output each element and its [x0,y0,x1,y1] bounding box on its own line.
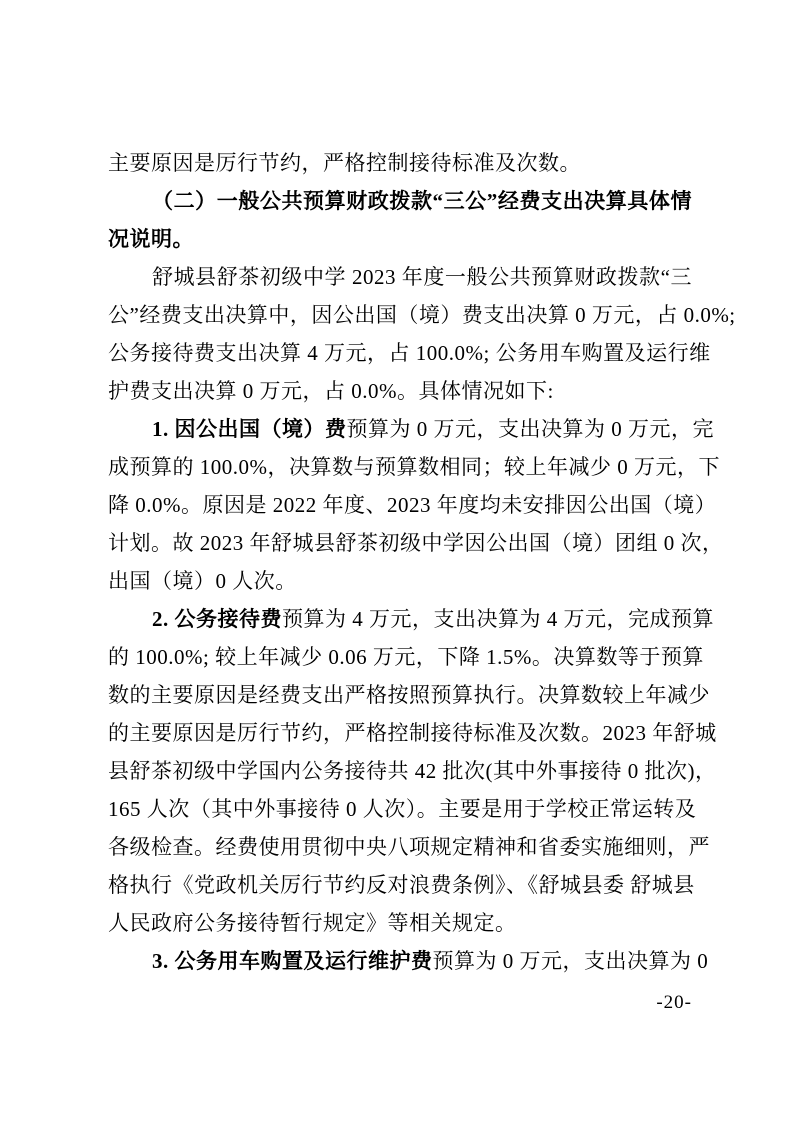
text-segment: 预算为 4 万元，支出决算为 4 万元，完成预算 [282,607,714,631]
text-segment: 出国（境）0 人次。 [108,569,297,593]
bold-text-segment: 3. 公务用车购置及运行维护费 [152,949,433,973]
text-segment: 成预算的 100.0%，决算数与预算数相同；较上年减少 0 万元，下 [108,455,720,479]
text-line: 公务接待费支出决算 4 万元，占 100.0%; 公务用车购置及运行维 [108,334,692,372]
bold-text-segment: 况说明。 [108,227,194,251]
text-line: 计划。故 2023 年舒城县舒茶初级中学因公出国（境）团组 0 次， [108,524,692,562]
text-segment: 预算为 0 万元，支出决算为 0 [433,949,709,973]
text-segment: 主要原因是厉行节约，严格控制接待标准及次数。 [108,151,581,175]
text-line: 护费支出决算 0 万元，占 0.0%。具体情况如下: [108,372,692,410]
text-line: 公”经费支出决算中，因公出国（境）费支出决算 0 万元，占 0.0%; [108,296,692,334]
text-segment: 人民政府公务接待暂行规定》等相关规定。 [108,911,517,935]
text-line: 各级检查。经费使用贯彻中央八项规定精神和省委实施细则，严 [108,828,692,866]
text-segment: 舒城县舒茶初级中学 2023 年度一般公共预算财政拨款“三 [152,265,692,289]
text-line: 况说明。 [108,220,692,258]
text-segment: 降 0.0%。原因是 2022 年度、2023 年度均未安排因公出国（境） [108,493,716,517]
text-line: 成预算的 100.0%，决算数与预算数相同；较上年减少 0 万元，下 [108,448,692,486]
text-line: 舒城县舒茶初级中学 2023 年度一般公共预算财政拨款“三 [108,258,692,296]
text-line: （二）一般公共预算财政拨款“三公”经费支出决算具体情 [108,182,692,220]
text-line: 格执行《党政机关厉行节约反对浪费条例》、《舒城县委 舒城县 [108,866,692,904]
text-segment: 公”经费支出决算中，因公出国（境）费支出决算 0 万元，占 0.0%; [108,303,736,327]
text-segment: 公务接待费支出决算 4 万元，占 100.0%; 公务用车购置及运行维 [108,341,711,365]
text-line: 165 人次（其中外事接待 0 人次）。主要是用于学校正常运转及 [108,790,692,828]
text-line: 出国（境）0 人次。 [108,562,692,600]
text-line: 3. 公务用车购置及运行维护费预算为 0 万元，支出决算为 0 [108,942,692,980]
text-line: 主要原因是厉行节约，严格控制接待标准及次数。 [108,144,692,182]
text-segment: 各级检查。经费使用贯彻中央八项规定精神和省委实施细则，严 [108,835,710,859]
text-segment: 格执行《党政机关厉行节约反对浪费条例》、《舒城县委 舒城县 [108,873,695,897]
text-line: 的主要原因是厉行节约，严格控制接待标准及次数。2023 年舒城 [108,714,692,752]
bold-text-segment: 1. 因公出国（境）费 [152,417,347,441]
text-line: 2. 公务接待费预算为 4 万元，支出决算为 4 万元，完成预算 [108,600,692,638]
text-segment: 计划。故 2023 年舒城县舒茶初级中学因公出国（境）团组 0 次， [108,531,724,555]
text-line: 的 100.0%; 较上年减少 0.06 万元，下降 1.5%。决算数等于预算 [108,638,692,676]
page-number: -20- [656,992,692,1014]
text-line: 县舒茶初级中学国内公务接待共 42 批次(其中外事接待 0 批次)， [108,752,692,790]
bold-text-segment: （二）一般公共预算财政拨款“三公”经费支出决算具体情 [152,189,692,213]
text-line: 1. 因公出国（境）费预算为 0 万元，支出决算为 0 万元，完 [108,410,692,448]
text-segment: 护费支出决算 0 万元，占 0.0%。具体情况如下: [108,379,554,403]
bold-text-segment: 2. 公务接待费 [152,607,282,631]
text-segment: 预算为 0 万元，支出决算为 0 万元，完 [347,417,715,441]
text-segment: 的主要原因是厉行节约，严格控制接待标准及次数。2023 年舒城 [108,721,717,745]
document-body: 主要原因是厉行节约，严格控制接待标准及次数。（二）一般公共预算财政拨款“三公”经… [108,144,692,980]
document-page: 主要原因是厉行节约，严格控制接待标准及次数。（二）一般公共预算财政拨款“三公”经… [0,0,793,1122]
text-line: 数的主要原因是经费支出严格按照预算执行。决算数较上年减少 [108,676,692,714]
text-line: 人民政府公务接待暂行规定》等相关规定。 [108,904,692,942]
text-line: 降 0.0%。原因是 2022 年度、2023 年度均未安排因公出国（境） [108,486,692,524]
text-segment: 165 人次（其中外事接待 0 人次）。主要是用于学校正常运转及 [108,797,696,821]
text-segment: 县舒茶初级中学国内公务接待共 42 批次(其中外事接待 0 批次)， [108,759,716,783]
text-segment: 数的主要原因是经费支出严格按照预算执行。决算数较上年减少 [108,683,710,707]
text-segment: 的 100.0%; 较上年减少 0.06 万元，下降 1.5%。决算数等于预算 [108,645,704,669]
